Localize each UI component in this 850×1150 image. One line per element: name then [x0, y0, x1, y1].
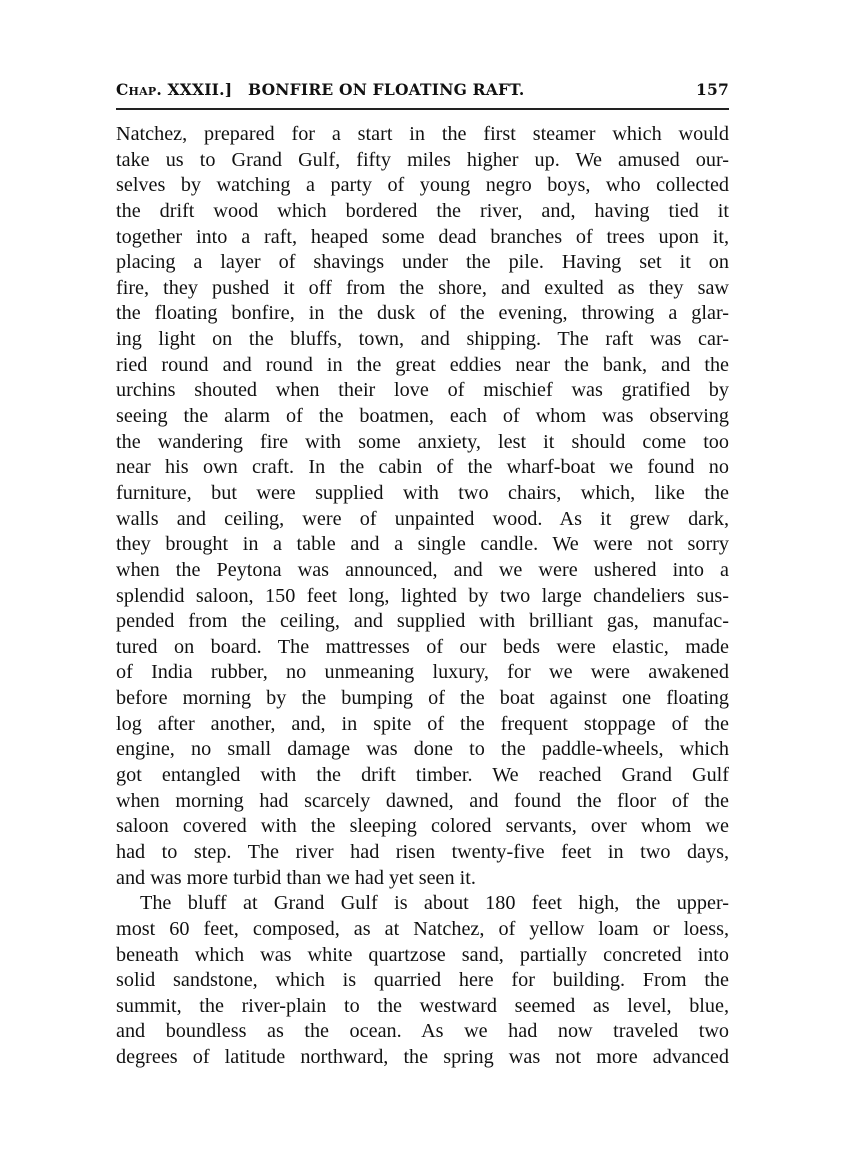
text-line: placing a layer of shavings under the pi… — [116, 250, 729, 276]
chapter-label: Chap. XXXII.] — [116, 80, 232, 99]
text-line: the drift wood which bordered the river,… — [116, 199, 729, 225]
text-line: furniture, but were supplied with two ch… — [116, 481, 729, 507]
running-head: Chap. XXXII.] BONFIRE ON FLOATING RAFT. … — [116, 80, 729, 104]
text-line: degrees of latitude northward, the sprin… — [116, 1045, 729, 1071]
text-line: the wandering fire with some anxiety, le… — [116, 430, 729, 456]
text-line: ing light on the bluffs, town, and shipp… — [116, 327, 729, 353]
text-line: summit, the river-plain to the westward … — [116, 994, 729, 1020]
text-line: Natchez, prepared for a start in the fir… — [116, 122, 729, 148]
text-line: the floating bonfire, in the dusk of the… — [116, 301, 729, 327]
text-line: and was more turbid than we had yet seen… — [116, 866, 729, 892]
page-title: BONFIRE ON FLOATING RAFT. — [248, 80, 525, 99]
page-number: 157 — [696, 80, 729, 99]
paragraph-1: Natchez, prepared for a start in the fir… — [116, 122, 729, 891]
text-line: seeing the alarm of the boatmen, each of… — [116, 404, 729, 430]
text-line: tured on board. The mattresses of our be… — [116, 635, 729, 661]
text-line: fire, they pushed it off from the shore,… — [116, 276, 729, 302]
text-line: when the Peytona was announced, and we w… — [116, 558, 729, 584]
text-line: and boundless as the ocean. As we had no… — [116, 1019, 729, 1045]
text-line: selves by watching a party of young negr… — [116, 173, 729, 199]
text-line: The bluff at Grand Gulf is about 180 fee… — [116, 891, 729, 917]
text-line: near his own craft. In the cabin of the … — [116, 455, 729, 481]
text-line: walls and ceiling, were of unpainted woo… — [116, 507, 729, 533]
text-line: urchins shouted when their love of misch… — [116, 378, 729, 404]
text-line: pended from the ceiling, and supplied wi… — [116, 609, 729, 635]
text-line: most 60 feet, composed, as at Natchez, o… — [116, 917, 729, 943]
text-line: beneath which was white quartzose sand, … — [116, 943, 729, 969]
text-line: take us to Grand Gulf, fifty miles highe… — [116, 148, 729, 174]
text-line: when morning had scarcely dawned, and fo… — [116, 789, 729, 815]
text-line: splendid saloon, 150 feet long, lighted … — [116, 584, 729, 610]
text-line: before morning by the bumping of the boa… — [116, 686, 729, 712]
text-line: log after another, and, in spite of the … — [116, 712, 729, 738]
text-line: got entangled with the drift timber. We … — [116, 763, 729, 789]
book-page: Chap. XXXII.] BONFIRE ON FLOATING RAFT. … — [116, 0, 729, 1150]
text-line: engine, no small damage was done to the … — [116, 737, 729, 763]
text-line: they brought in a table and a single can… — [116, 532, 729, 558]
body-text: Natchez, prepared for a start in the fir… — [116, 122, 729, 1071]
text-line: of India rubber, no unmeaning luxury, fo… — [116, 660, 729, 686]
text-line: solid sandstone, which is quarried here … — [116, 968, 729, 994]
header-rule — [116, 108, 729, 110]
text-line: ried round and round in the great eddies… — [116, 353, 729, 379]
text-line: saloon covered with the sleeping colored… — [116, 814, 729, 840]
text-line: together into a raft, heaped some dead b… — [116, 225, 729, 251]
paragraph-2: The bluff at Grand Gulf is about 180 fee… — [116, 891, 729, 1070]
text-line: had to step. The river had risen twenty-… — [116, 840, 729, 866]
